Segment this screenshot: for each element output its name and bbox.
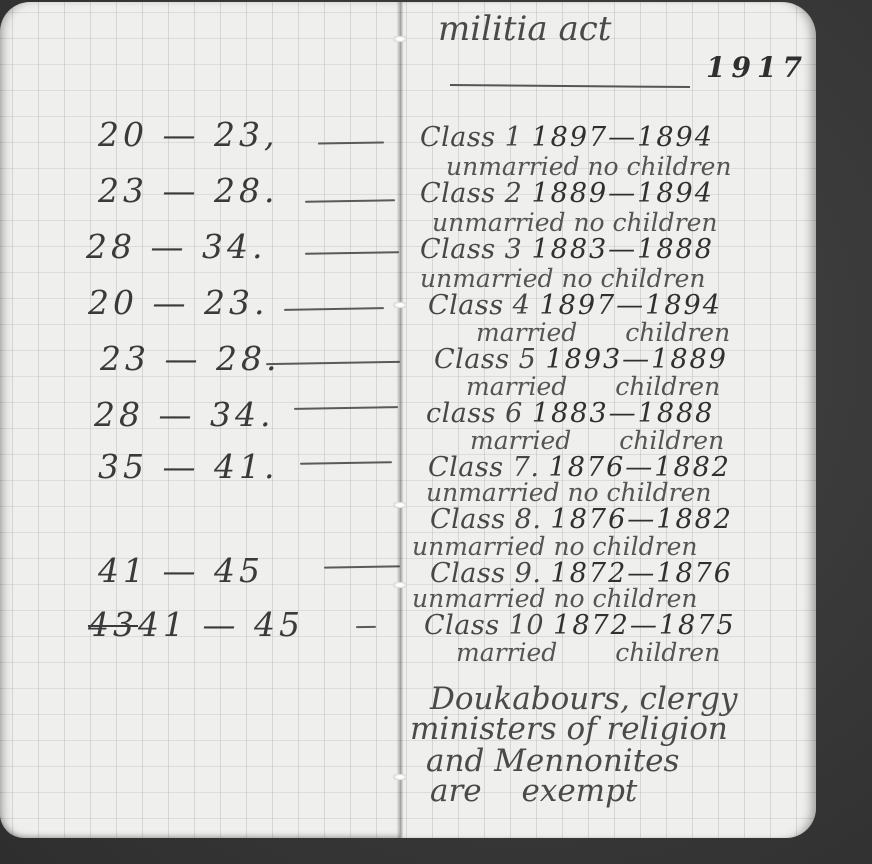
class-2-line: Class 2 1889—1894 xyxy=(420,180,714,207)
class-5-status: married children xyxy=(466,374,720,399)
struck-out-number: 43 xyxy=(88,605,138,644)
leader-line xyxy=(305,251,399,255)
age-range-2: 23 — 28. xyxy=(98,174,278,207)
binding-stitch xyxy=(393,502,407,508)
class-3-status: unmarried no children xyxy=(420,266,706,291)
year-label: 1917 xyxy=(706,54,808,82)
age-range-5: 23 — 28. xyxy=(100,342,280,375)
left-page: 20 — 23, 23 — 28. 28 — 34. 20 — 23. 23 —… xyxy=(0,2,400,838)
leader-line xyxy=(356,626,376,628)
age-range-6: 28 — 34. xyxy=(94,398,274,431)
age-range-8: 41 — 45 xyxy=(98,554,264,587)
class-1-status: unmarried no children xyxy=(446,154,732,179)
leader-line xyxy=(318,141,384,144)
leader-line xyxy=(300,461,392,465)
age-range-9: 4341 — 45 xyxy=(88,608,304,641)
class-2-status: unmarried no children xyxy=(432,210,718,235)
class-1-line: Class 1 1897—1894 xyxy=(420,124,714,151)
binding-stitch xyxy=(393,302,407,308)
class-9-status: unmarried no children xyxy=(412,586,698,611)
class-6-line: class 6 1883—1888 xyxy=(426,400,714,427)
exemption-note-line-2: ministers of religion xyxy=(410,714,728,745)
class-8-line: Class 8. 1876—1882 xyxy=(430,506,733,533)
leader-line xyxy=(305,199,395,203)
binding-stitch xyxy=(393,36,407,42)
age-range-3: 28 — 34. xyxy=(86,230,266,263)
age-range-9-label: 41 — 45 xyxy=(138,605,304,644)
class-5-line: Class 5 1893—1889 xyxy=(434,346,728,373)
leader-line xyxy=(284,307,384,311)
binding-stitch xyxy=(393,582,407,588)
class-4-line: Class 4 1897—1894 xyxy=(428,292,722,319)
binding-stitch xyxy=(393,774,407,780)
age-range-1: 20 — 23, xyxy=(98,118,278,151)
class-10-status: married children xyxy=(456,640,720,665)
leader-line xyxy=(266,361,400,365)
class-7-status: unmarried no children xyxy=(426,480,712,505)
class-4-status: married children xyxy=(476,320,730,345)
spine-gutter xyxy=(397,2,403,838)
class-9-line: Class 9. 1872—1876 xyxy=(430,560,733,587)
age-range-7: 35 — 41. xyxy=(98,450,278,483)
class-7-line: Class 7. 1876—1882 xyxy=(428,454,731,481)
class-10-line: Class 10 1872—1875 xyxy=(424,612,736,639)
leader-line xyxy=(294,406,398,410)
leader-line xyxy=(324,565,400,568)
age-range-4: 20 — 23. xyxy=(88,286,268,319)
class-3-line: Class 3 1883—1888 xyxy=(420,236,714,263)
notebook-spread: 20 — 23, 23 — 28. 28 — 34. 20 — 23. 23 —… xyxy=(0,2,816,838)
exemption-note-line-4: are exempt xyxy=(430,776,637,807)
page-title: militia act xyxy=(438,12,611,46)
class-8-status: unmarried no children xyxy=(412,534,698,559)
class-6-status: married children xyxy=(470,428,724,453)
